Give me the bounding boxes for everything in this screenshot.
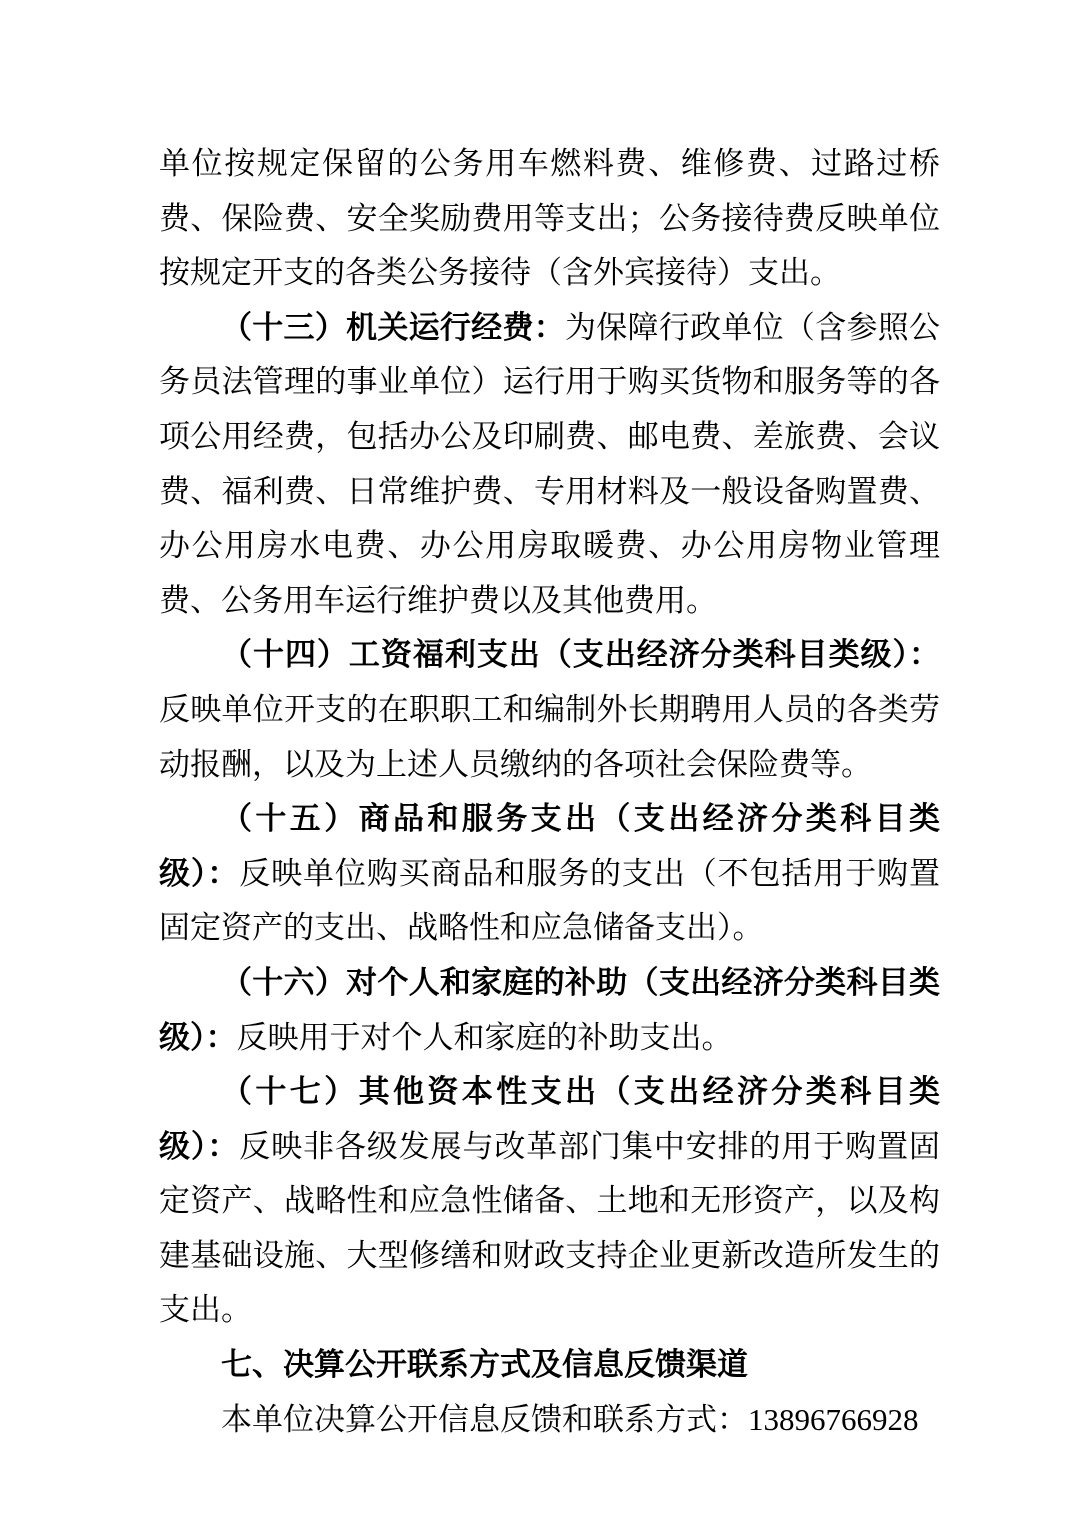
paragraph-bold-lead: （十四）工资福利支出（支出经济分类科目类级）： (221, 637, 940, 672)
paragraph-17-other-capital-expenditure: （十七）其他资本性支出（支出经济分类科目类级）：反映非各级发展与改革部门集中安排… (159, 1065, 940, 1338)
paragraph-text: 反映用于对个人和家庭的补助支出。 (237, 1020, 733, 1055)
section-7-heading: 七、决算公开联系方式及信息反馈渠道 (159, 1338, 940, 1393)
paragraph-bold-lead: （十三）机关运行经费： (221, 310, 565, 345)
paragraph-14-salary-welfare-expenditure: （十四）工资福利支出（支出经济分类科目类级）：反映单位开支的在职职工和编制外长期… (159, 628, 940, 792)
document-page: 单位按规定保留的公务用车燃料费、维修费、过路过桥费、保险费、安全奖励费用等支出；… (0, 0, 1074, 1520)
paragraph-text: 单位按规定保留的公务用车燃料费、维修费、过路过桥费、保险费、安全奖励费用等支出；… (159, 146, 940, 290)
contact-label: 本单位决算公开信息反馈和联系方式： (221, 1402, 748, 1437)
section-heading-text: 七、决算公开联系方式及信息反馈渠道 (221, 1347, 748, 1382)
paragraph-13-agency-operating-expenses: （十三）机关运行经费：为保障行政单位（含参照公务员法管理的事业单位）运行用于购买… (159, 301, 940, 629)
paragraph-text: 反映单位购买商品和服务的支出（不包括用于购置固定资产的支出、战略性和应急储备支出… (159, 856, 940, 946)
paragraph-official-vehicle-fees-continuation: 单位按规定保留的公务用车燃料费、维修费、过路过桥费、保险费、安全奖励费用等支出；… (159, 137, 940, 301)
paragraph-text: 反映非各级发展与改革部门集中安排的用于购置固定资产、战略性和应急性储备、土地和无… (159, 1129, 940, 1328)
paragraph-contact-info: 本单位决算公开信息反馈和联系方式：13896766928 (159, 1393, 940, 1448)
document-text-block: 单位按规定保留的公务用车燃料费、维修费、过路过桥费、保险费、安全奖励费用等支出；… (159, 137, 940, 1447)
paragraph-text: 为保障行政单位（含参照公务员法管理的事业单位）运行用于购买货物和服务等的各项公用… (159, 310, 940, 618)
paragraph-16-individual-family-subsidies: （十六）对个人和家庭的补助（支出经济分类科目类级）：反映用于对个人和家庭的补助支… (159, 956, 940, 1065)
contact-phone-number: 13896766928 (748, 1402, 919, 1437)
paragraph-15-goods-services-expenditure: （十五）商品和服务支出（支出经济分类科目类级）：反映单位购买商品和服务的支出（不… (159, 792, 940, 956)
paragraph-text: 反映单位开支的在职职工和编制外长期聘用人员的各类劳动报酬，以及为上述人员缴纳的各… (159, 692, 940, 782)
